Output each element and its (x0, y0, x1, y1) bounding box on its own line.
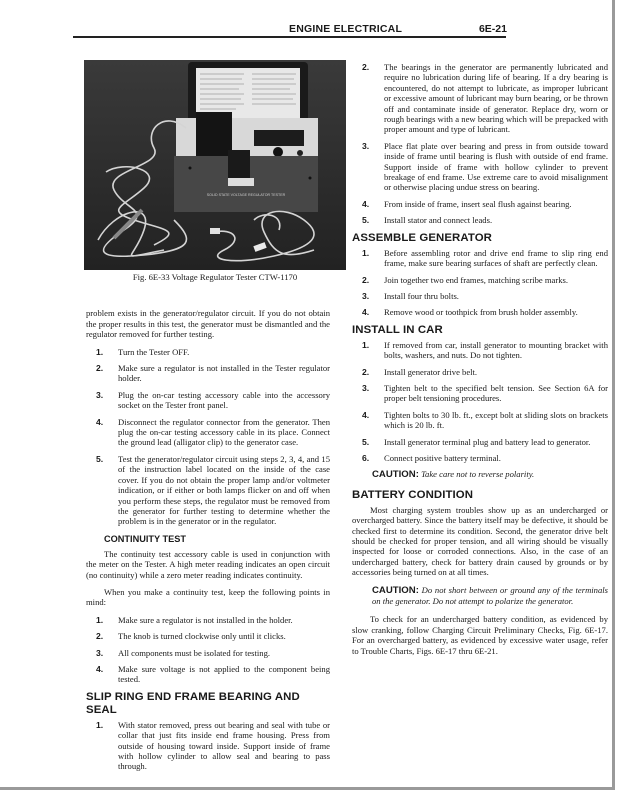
step-text: Before assembling rotor and drive end fr… (384, 248, 608, 268)
list-item: 1.Before assembling rotor and drive end … (352, 248, 608, 269)
step-number: 3. (96, 648, 103, 658)
caution-label: CAUTION: (372, 469, 419, 480)
list-item: 3.All components must be isolated for te… (86, 648, 330, 658)
slip-ring-heading: SLIP RING END FRAME BEARING AND SEAL (86, 691, 330, 717)
step-text: Make sure a regulator is not installed i… (118, 615, 293, 625)
caution-text: Take care not to reverse polarity. (421, 469, 534, 479)
step-number: 4. (362, 307, 369, 317)
right-column: 2.The bearings in the generator are perm… (352, 62, 608, 663)
step-number: 3. (362, 141, 369, 151)
step-text: Join together two end frames, matching s… (384, 275, 568, 285)
list-item: 2.Install generator drive belt. (352, 367, 608, 377)
terminal-caution: CAUTION: Do not short between or ground … (372, 585, 608, 607)
step-number: 1. (96, 720, 103, 730)
list-item: 3.Plug the on-car testing accessory cabl… (86, 390, 330, 411)
battery-condition-heading: BATTERY CONDITION (352, 489, 608, 502)
left-column: SOLID STATE VOLTAGE REGULATOR TESTER (86, 60, 330, 778)
step-text: The knob is turned clockwise only until … (118, 631, 286, 641)
step-number: 4. (362, 199, 369, 209)
section-title: ENGINE ELECTRICAL (289, 23, 402, 35)
install-in-car-heading: INSTALL IN CAR (352, 324, 608, 337)
document-page: ENGINE ELECTRICAL 6E-21 (0, 0, 615, 790)
step-number: 5. (362, 215, 369, 225)
list-item: 5.Install stator and connect leads. (352, 215, 608, 225)
step-number: 3. (362, 383, 369, 393)
step-text: With stator removed, press out bearing a… (118, 720, 330, 772)
step-text: Make sure voltage is not applied to the … (118, 664, 330, 684)
step-number: 3. (362, 291, 369, 301)
list-item: 5.Install generator terminal plug and ba… (352, 437, 608, 447)
step-number: 5. (362, 437, 369, 447)
step-text: All components must be isolated for test… (118, 648, 270, 658)
list-item: 1.Turn the Tester OFF. (86, 347, 330, 357)
continuity-paragraph-2: When you make a continuity test, keep th… (86, 587, 330, 608)
step-number: 1. (96, 347, 103, 357)
step-text: Connect positive battery terminal. (384, 453, 501, 463)
continuity-paragraph-1: The continuity test accessory cable is u… (86, 549, 330, 580)
step-number: 2. (96, 363, 103, 373)
step-number: 2. (362, 62, 369, 72)
tester-photo: SOLID STATE VOLTAGE REGULATOR TESTER (84, 60, 346, 270)
caution-label: CAUTION: (372, 585, 419, 596)
step-number: 1. (362, 340, 369, 350)
list-item: 2.Make sure a regulator is not installed… (86, 363, 330, 384)
list-item: 2.Join together two end frames, matching… (352, 275, 608, 285)
assemble-generator-heading: ASSEMBLE GENERATOR (352, 232, 608, 245)
step-number: 4. (96, 664, 103, 674)
list-item: 3.Place flat plate over bearing and pres… (352, 141, 608, 193)
list-item: 1.With stator removed, press out bearing… (86, 720, 330, 772)
list-item: 4.Tighten bolts to 30 lb. ft., except bo… (352, 410, 608, 431)
list-item: 3.Tighten belt to the specified belt ten… (352, 383, 608, 404)
list-item: 4.Disconnect the regulator connector fro… (86, 417, 330, 448)
list-item: 4.Make sure voltage is not applied to th… (86, 664, 330, 685)
step-number: 5. (96, 454, 103, 464)
svg-text:SOLID STATE VOLTAGE REGULATOR: SOLID STATE VOLTAGE REGULATOR TESTER (207, 193, 286, 197)
page-number: 6E-21 (479, 23, 507, 35)
step-text: If removed from car, install generator t… (384, 340, 608, 360)
continuity-steps-list: 1.Make sure a regulator is not installed… (86, 615, 330, 685)
figure-6e-33: SOLID STATE VOLTAGE REGULATOR TESTER (84, 60, 346, 282)
step-number: 2. (362, 275, 369, 285)
intro-paragraph: problem exists in the generator/regulato… (86, 308, 330, 339)
step-text: Tighten bolts to 30 lb. ft., except bolt… (384, 410, 608, 430)
step-number: 2. (362, 367, 369, 377)
step-number: 3. (96, 390, 103, 400)
list-item: 3.Install four thru bolts. (352, 291, 608, 301)
list-item: 4.Remove wood or toothpick from brush ho… (352, 307, 608, 317)
polarity-caution: CAUTION: Take care not to reverse polari… (372, 469, 608, 480)
list-item: 5.Test the generator/regulator circuit u… (86, 454, 330, 527)
page-header: ENGINE ELECTRICAL 6E-21 (73, 20, 506, 38)
battery-paragraph-1: Most charging system troubles show up as… (352, 505, 608, 578)
slip-ring-steps-list: 1.With stator removed, press out bearing… (86, 720, 330, 772)
list-item: 1.If removed from car, install generator… (352, 340, 608, 361)
step-number: 2. (96, 631, 103, 641)
slip-ring-steps-continued: 2.The bearings in the generator are perm… (352, 62, 608, 226)
step-number: 1. (362, 248, 369, 258)
battery-paragraph-2: To check for an undercharged battery con… (352, 614, 608, 656)
step-text: Install generator drive belt. (384, 367, 477, 377)
step-text: Install generator terminal plug and batt… (384, 437, 590, 447)
step-text: From inside of frame, insert seal flush … (384, 199, 572, 209)
continuity-test-heading: CONTINUITY TEST (104, 533, 330, 545)
step-text: Test the generator/regulator circuit usi… (118, 454, 330, 526)
step-text: Remove wood or toothpick from brush hold… (384, 307, 578, 317)
step-number: 4. (362, 410, 369, 420)
step-text: Disconnect the regulator connector from … (118, 417, 330, 448)
step-number: 4. (96, 417, 103, 427)
list-item: 4.From inside of frame, insert seal flus… (352, 199, 608, 209)
step-number: 6. (362, 453, 369, 463)
step-text: The bearings in the generator are perman… (384, 62, 608, 134)
step-text: Tighten belt to the specified belt tensi… (384, 383, 608, 403)
figure-caption: Fig. 6E-33 Voltage Regulator Tester CTW-… (84, 272, 346, 282)
list-item: 6.Connect positive battery terminal. (352, 453, 608, 463)
list-item: 2.The knob is turned clockwise only unti… (86, 631, 330, 641)
list-item: 1.Make sure a regulator is not installed… (86, 615, 330, 625)
list-item: 2.The bearings in the generator are perm… (352, 62, 608, 135)
step-text: Turn the Tester OFF. (118, 347, 189, 357)
assemble-steps-list: 1.Before assembling rotor and drive end … (352, 248, 608, 318)
step-number: 1. (96, 615, 103, 625)
step-text: Install four thru bolts. (384, 291, 459, 301)
voltage-regulator-tester-image: SOLID STATE VOLTAGE REGULATOR TESTER (84, 60, 346, 270)
tester-steps-list: 1.Turn the Tester OFF. 2.Make sure a reg… (86, 347, 330, 527)
step-text: Install stator and connect leads. (384, 215, 492, 225)
step-text: Make sure a regulator is not installed i… (118, 363, 330, 383)
install-steps-list: 1.If removed from car, install generator… (352, 340, 608, 464)
step-text: Plug the on-car testing accessory cable … (118, 390, 330, 410)
step-text: Place flat plate over bearing and press … (384, 141, 608, 193)
